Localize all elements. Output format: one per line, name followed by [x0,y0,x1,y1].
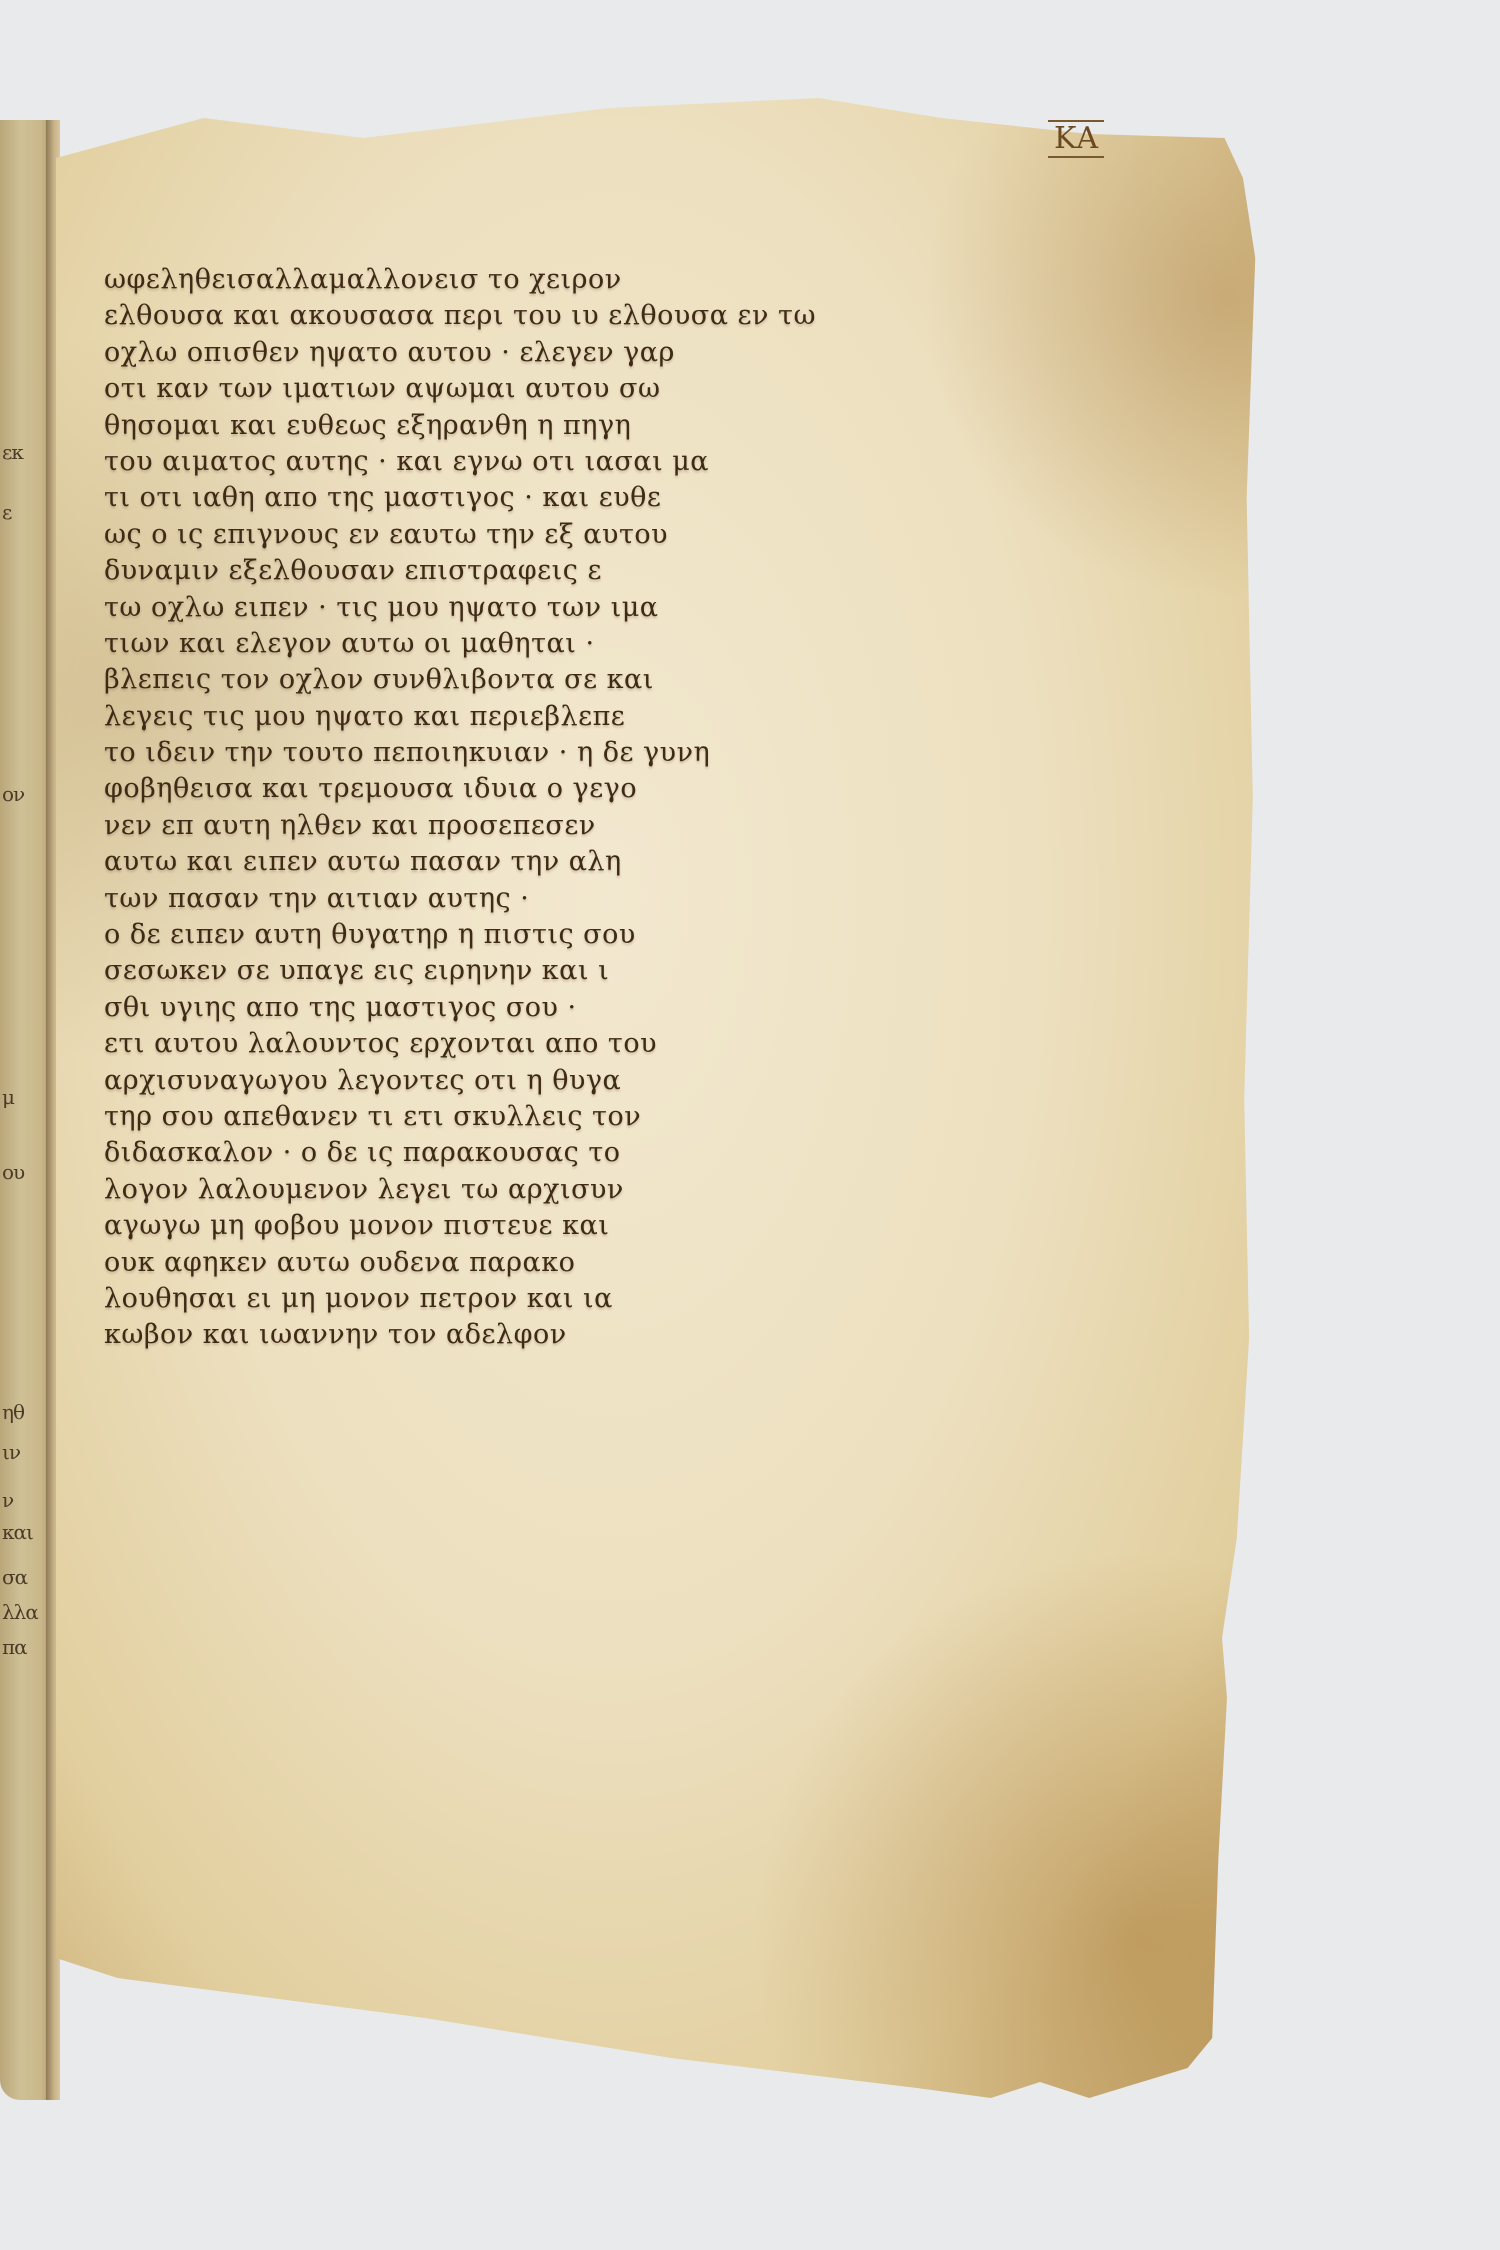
text-line: αυτω και ειπεν αυτω πασαν την αλη [104,844,1104,880]
text-line: ουκ αφηκεν αυτω ουδενα παρακο [104,1245,1104,1281]
text-line: οχλω οπισθεν ηψατο αυτου · ελεγεν γαρ [104,335,1104,371]
text-line: τηρ σου απεθανεν τι ετι σκυλλεις τον [104,1099,1104,1135]
margin-fragment: ε [2,500,11,524]
text-line: νεν επ αυτη ηλθεν και προσεπεσεν [104,808,1104,844]
text-line: σεσωκεν σε υπαγε εις ειρηνην και ι [104,953,1104,989]
text-line: ο δε ειπεν αυτη θυγατηρ η πιστις σου [104,917,1104,953]
text-line: κωβον και ιωαννην τον αδελφον [104,1317,1104,1353]
text-column: ωφεληθεισαλλαμαλλονεισ το χειρον ελθουσα… [104,262,1104,1354]
margin-fragment: λλα [2,1600,38,1624]
text-line: λεγεις τις μου ηψατο και περιεβλεπε [104,699,1104,735]
text-line: τι οτι ιαθη απο της μαστιγος · και ευθε [104,480,1104,516]
text-line: ετι αυτου λαλουντος ερχονται απο του [104,1026,1104,1062]
text-line: σθι υγιης απο της μαστιγος σου · [104,990,1104,1026]
text-line: του αιματος αυτης · και εγνω οτι ιασαι μ… [104,444,1104,480]
margin-fragment: ηθ [2,1400,24,1424]
text-line: φοβηθεισα και τρεμουσα ιδυια ο γεγο [104,771,1104,807]
facing-page-edge: εκ ε ον μ ου ηθ ιν ν και σα λλα πα [0,120,52,2100]
margin-fragment: ου [2,1160,24,1184]
text-line: θησομαι και ευθεως εξηρανθη η πηγη [104,408,1104,444]
text-line: αρχισυναγωγου λεγοντες οτι η θυγα [104,1063,1104,1099]
text-line: αγωγω μη φοβου μονον πιστευε και [104,1208,1104,1244]
margin-fragment: ον [2,782,24,806]
margin-fragment: ν [2,1488,13,1512]
text-line: λουθησαι ει μη μονον πετρον και ια [104,1281,1104,1317]
margin-fragment: σα [2,1565,27,1589]
text-line: τω οχλω ειπεν · τις μου ηψατο των ιμα [104,590,1104,626]
text-line: βλεπεις τον οχλον συνθλιβοντα σε και [104,662,1104,698]
text-line: ελθουσα και ακουσασα περι του ιυ ελθουσα… [104,298,1104,334]
text-line: οτι καν των ιματιων αψωμαι αυτου σω [104,371,1104,407]
margin-fragment: εκ [2,440,23,464]
text-line: τιων και ελεγον αυτω οι μαθηται · [104,626,1104,662]
margin-fragment: και [2,1520,33,1544]
folio-number: ΚΑ [1048,120,1104,158]
text-line: λογον λαλουμενον λεγει τω αρχισυν [104,1172,1104,1208]
text-line: ωφεληθεισαλλαμαλλονεισ το χειρον [104,262,1104,298]
text-line: δυναμιν εξελθουσαν επιστραφεις ε [104,553,1104,589]
margin-fragment: πα [2,1635,27,1659]
text-line: το ιδειν την τουτο πεποιηκυιαν · η δε γυ… [104,735,1104,771]
margin-fragment: ιν [2,1440,20,1464]
text-line: διδασκαλον · ο δε ις παρακουσας το [104,1135,1104,1171]
text-line: ως ο ις επιγνους εν εαυτω την εξ αυτου [104,517,1104,553]
margin-fragment: μ [2,1085,14,1109]
text-line: των πασαν την αιτιαν αυτης · [104,881,1104,917]
